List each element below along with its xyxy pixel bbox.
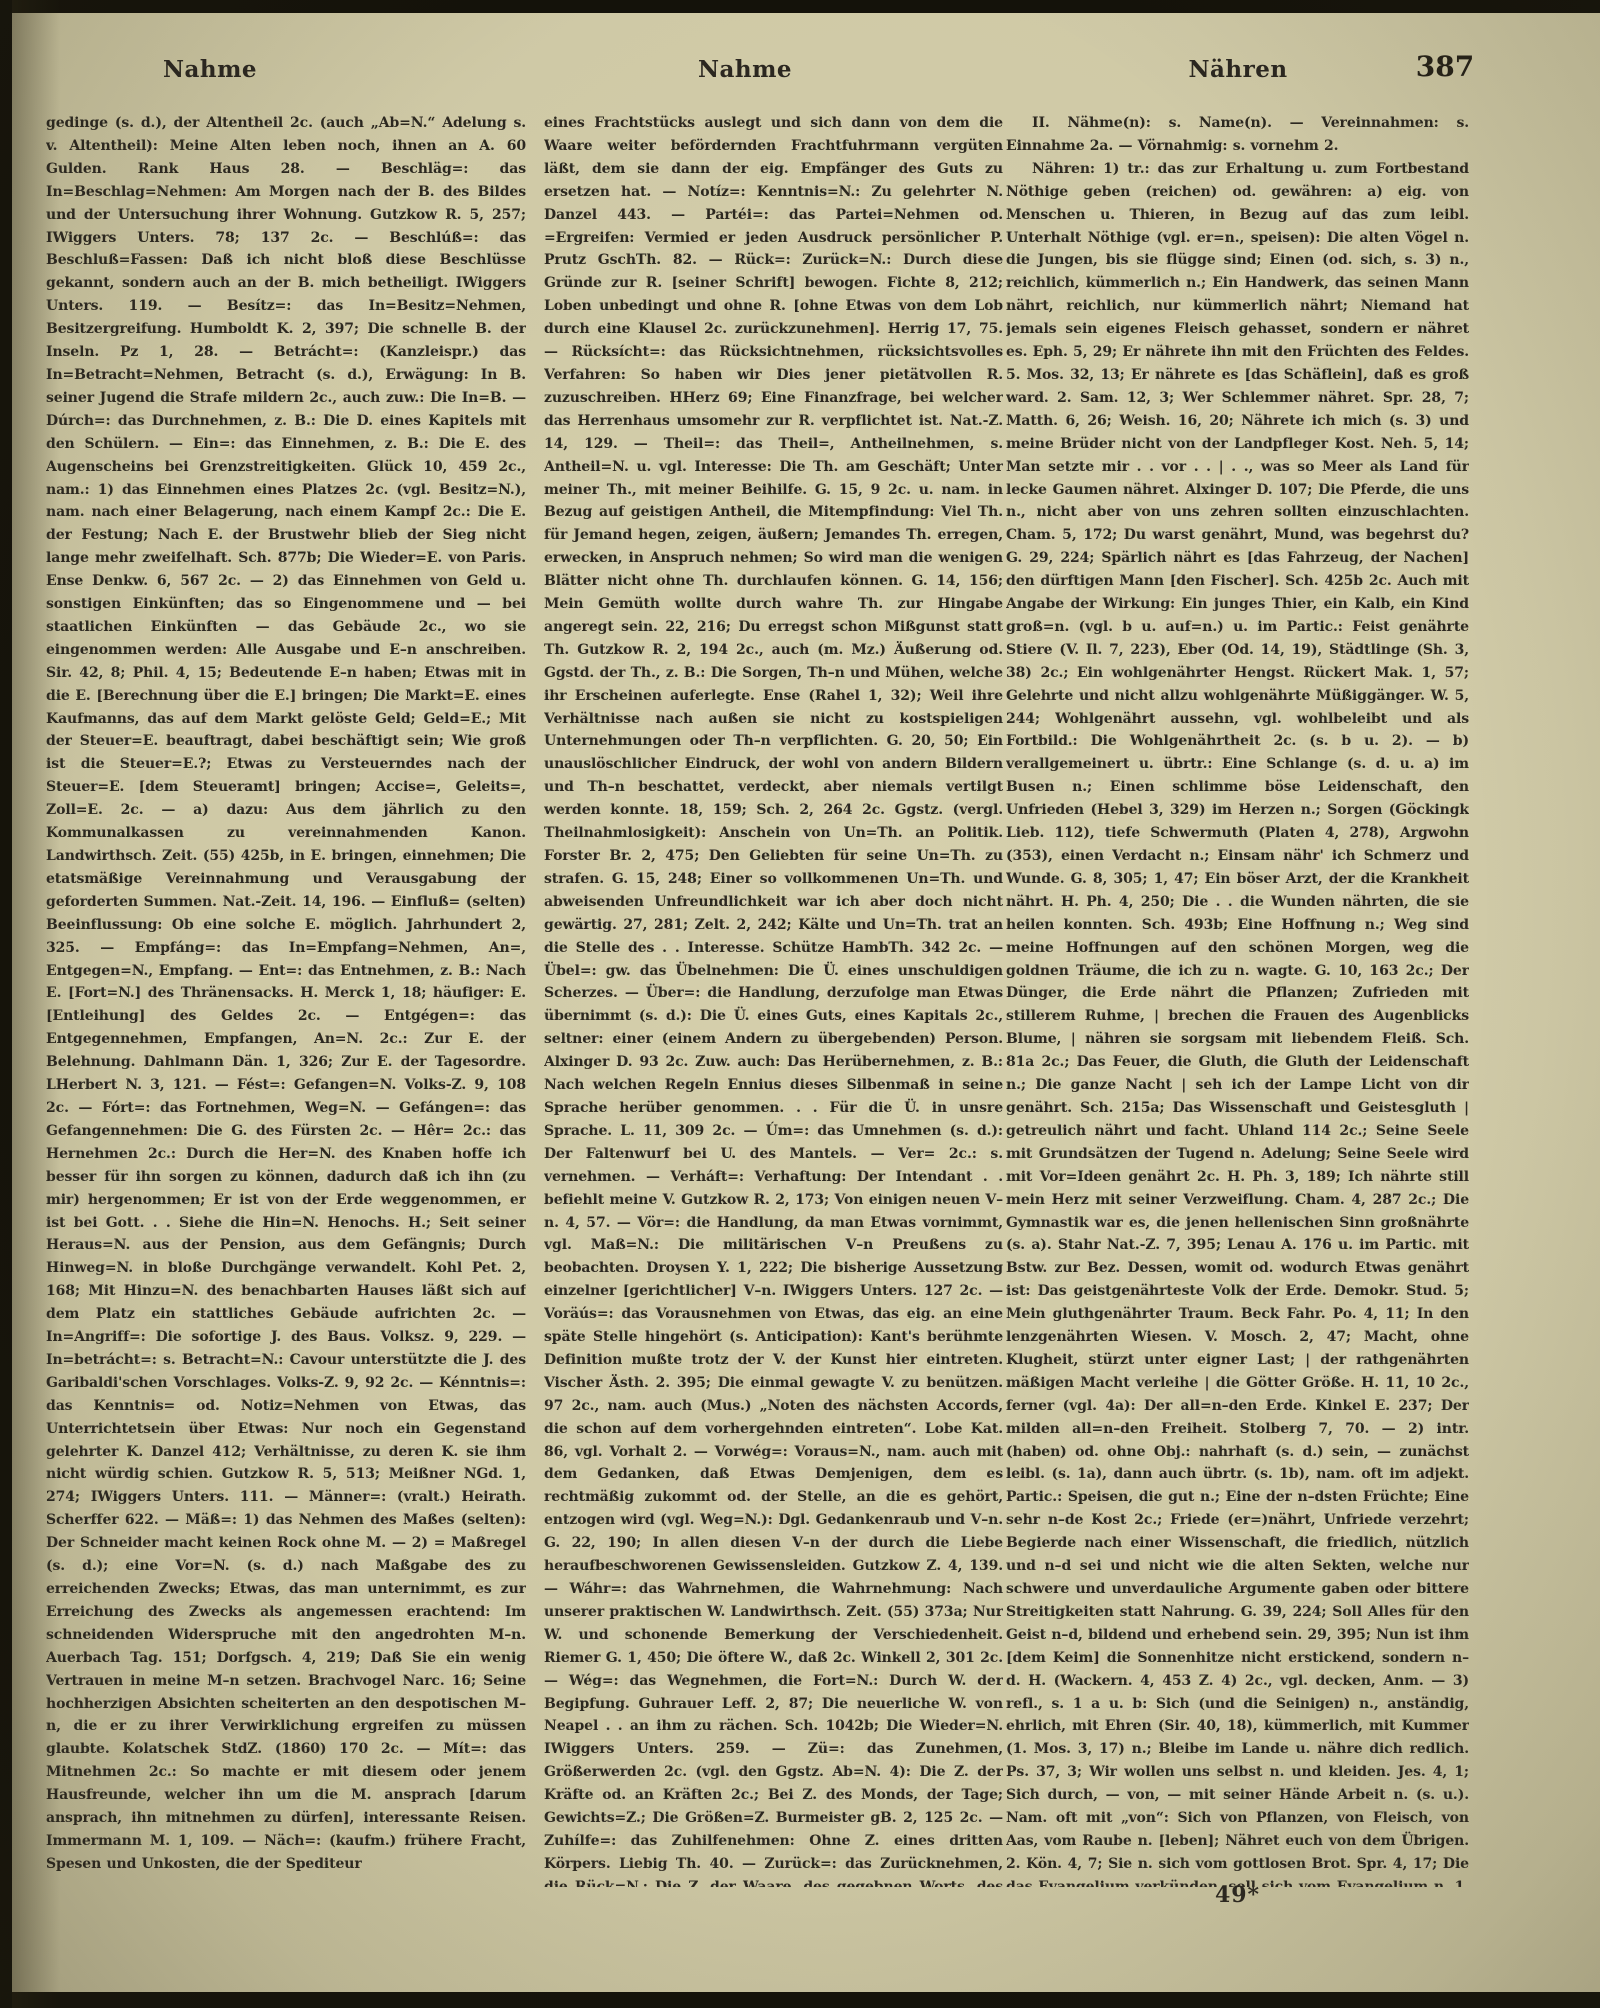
scan-border-bottom: [0, 1992, 1600, 2008]
running-head-column-3: Nähren: [1118, 56, 1358, 83]
column-2-text: eines Frachtstücks auslegt und sich dann…: [544, 112, 1003, 1887]
column-1-text: gedinge (s. d.), der Altentheil 2c. (auc…: [46, 112, 526, 1876]
scanned-dictionary-page: Nahme Nahme Nähren 387 gedinge (s. d.), …: [0, 0, 1600, 2008]
running-head-column-1: Nahme: [90, 56, 330, 83]
column-3-entry-naehren: Nähren: 1) tr.: das zur Erhaltung u. zum…: [1006, 158, 1469, 1887]
text-column-2: eines Frachtstücks auslegt und sich dann…: [544, 112, 1003, 1887]
sheet-signature-mark: 49*: [1006, 1882, 1469, 1908]
text-column-3: II. Nähme(n): s. Name(n). — Vereinnahmen…: [1006, 112, 1469, 1887]
running-head-column-2: Nahme: [625, 56, 865, 83]
text-column-1: gedinge (s. d.), der Altentheil 2c. (auc…: [46, 112, 526, 1887]
scan-border-top: [0, 0, 1600, 13]
scan-border-left: [0, 0, 12, 2008]
column-3-cross-references: II. Nähme(n): s. Name(n). — Vereinnahmen…: [1006, 112, 1469, 158]
page-number: 387: [1378, 50, 1512, 83]
